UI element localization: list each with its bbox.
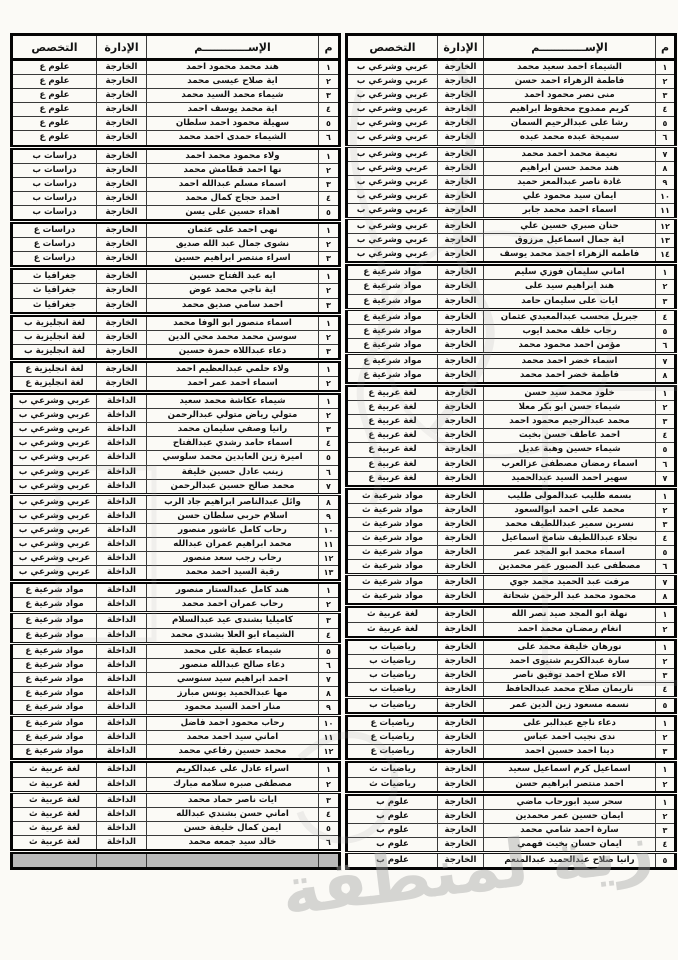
cell-name: خلود محمد سيد حسن (484, 385, 656, 401)
cell-spec: مواد شرعية ع (12, 598, 97, 613)
cell-name: نجلاء عبداللطيف شامخ اسماعيل (484, 532, 656, 546)
cell-name: شيماء محمد السيد محمد (147, 89, 319, 103)
table-row: ٤اماني حسن بشندي عبداللهالداخلةلغة عربية… (12, 807, 340, 821)
table-row: ٩منار احمد السيد محمودالداخلةمواد شرعية … (12, 701, 340, 716)
cell-spec: عربي وشرعي ب (12, 423, 97, 437)
cell-admin: الداخلة (97, 494, 147, 509)
cell-name: مصطفى صبره سلامه مبارك (147, 777, 319, 792)
cell-admin: الخارجة (438, 117, 484, 131)
cell-num: ٨ (656, 368, 676, 384)
cell-admin: الخارجة (438, 745, 484, 761)
cell-spec: لغة انجليزية ع (12, 360, 97, 376)
cell-admin: الداخلة (97, 552, 147, 566)
cell-spec: لغة عربية ث (12, 777, 97, 792)
cell-admin: الخارجة (97, 103, 147, 117)
cell-name: منار احمد السيد محمود (147, 701, 319, 716)
cell-num: ١٠ (656, 189, 676, 203)
table-row: ٣كاميليا بشندى عيد عبدالسلامالداخلةمواد … (12, 613, 340, 628)
cell-admin: الخارجة (438, 823, 484, 837)
cell-name: شيماء حسن ابو بكر معلا (484, 401, 656, 415)
cell-admin: الخارجة (438, 324, 484, 338)
table-row: ١نهلة ابو المجد صيد نصر اللهالخارجةلغة ع… (347, 606, 676, 622)
cell-num: ٢ (656, 731, 676, 745)
cell-num: ٣ (319, 613, 340, 628)
table-row: ١٤فاطمه الزهراء احمد محمد يوسفالخارجةعرب… (347, 248, 676, 264)
cell-name: ولاء محمود محمد احمد (147, 147, 319, 163)
cell-num: ٣ (656, 89, 676, 103)
cell-name: اماني حسن بشندي عبدالله (147, 807, 319, 821)
cell-spec: لغة عربية ث (12, 792, 97, 807)
cell-admin: الخارجة (438, 161, 484, 175)
cell-num: ٣ (656, 294, 676, 309)
cell-admin: الداخلة (97, 598, 147, 613)
cell-spec: علوم ع (12, 89, 97, 103)
table-row: ١٢رحاب رجب سعد منصورالداخلةعربي وشرعي ب (12, 552, 340, 566)
cell-spec: علوم ع (12, 131, 97, 147)
cell-num: ١ (656, 385, 676, 401)
cell-admin: الخارجة (438, 385, 484, 401)
table-row: ٤الشيماء ابو العلا بشندى محمدالداخلةمواد… (12, 628, 340, 643)
cell-spec: لغة عربية ع (347, 457, 438, 471)
cell-spec: لغة عربية ث (347, 622, 438, 638)
cell-spec: مواد شرعية ع (347, 280, 438, 294)
table-row: ٢اية ناجي محمد عوضالخارجةجغرافيا ث (12, 284, 340, 298)
cell-name: خالد سيد جمعه محمد (147, 835, 319, 851)
cell-admin: الخارجة (438, 146, 484, 161)
cell-name: سميحة عبده محمد عبده (484, 131, 656, 146)
table-row: ٦سميحة عبده محمد عبدهالخارجةعربي وشرعي ب (347, 131, 676, 146)
roster-header-left: م الإســــــــــــم الإدارة التخصص (12, 35, 340, 60)
cell-admin: الخارجة (438, 280, 484, 294)
table-row: ٤جبريل محسب عبدالمعبدي عثمانالخارجةمواد … (347, 309, 676, 324)
cell-name: دعاء ناجع عبدالبر على (484, 715, 656, 731)
table-row: ٣دينا احمد حسين احمدالخارجةرياضيات ع (347, 745, 676, 761)
cell-admin: الداخلة (97, 628, 147, 643)
cell-admin: الخارجة (97, 238, 147, 252)
table-row: ٢رحاب عمران احمد محمدالداخلةمواد شرعية ع (12, 598, 340, 613)
cell-name: بسمه طليب عبدالمولى طليب (484, 487, 656, 503)
cell-admin: الداخلة (97, 761, 147, 777)
cell-spec: علوم ب (347, 852, 438, 868)
cell-admin: الداخلة (97, 792, 147, 807)
cell-spec: علوم ب (347, 793, 438, 809)
cell-name: اسماء منصور ابو الوفا محمد (147, 314, 319, 330)
cell-spec: مواد شرعية ع (12, 582, 97, 598)
cell-admin: الخارجة (97, 330, 147, 344)
cell-name: مرفت عبد الحميد محمد جوي (484, 575, 656, 590)
cell-admin: الخارجة (438, 471, 484, 487)
cell-admin: الخارجة (438, 606, 484, 622)
table-row: ١دعاء ناجع عبدالبر علىالخارجةرياضيات ع (347, 715, 676, 731)
cell-num: ٤ (656, 532, 676, 546)
cell-name: احمد سامي صديق محمد (147, 298, 319, 314)
cell-name: ايمان سيد محمود علي (484, 189, 656, 203)
table-row: ١نورهان خليفة محمد علىالخارجةرياضيات ب (347, 638, 676, 654)
cell-name: شيماء عطية على محمد (147, 643, 319, 658)
cell-spec: علوم ع (12, 75, 97, 89)
table-row: ٦الشيماء حمدى احمد محمدالخارجةعلوم ع (12, 131, 340, 147)
cell-num: ٤ (656, 837, 676, 852)
cell-name: محمد ابراهيم عمران عبدالله (147, 538, 319, 552)
cell-num: ١ (319, 582, 340, 598)
cell-spec: مواد شرعية ث (347, 487, 438, 503)
cell-spec: لغة عربية ع (347, 415, 438, 429)
cell-num: ٣ (319, 89, 340, 103)
cell-spec: مواد شرعية ع (12, 658, 97, 672)
cell-admin: الداخلة (97, 672, 147, 686)
cell-spec: لغة عربية ث (12, 761, 97, 777)
table-row: ٧سهير احمد السيد عبدالحميدالخارجةلغة عرب… (347, 471, 676, 487)
cell-name: نشوى جمال عبد الله صديق (147, 238, 319, 252)
cell-spec: مواد شرعية ث (347, 532, 438, 546)
cell-admin: الخارجة (438, 532, 484, 546)
cell-num: ١ (319, 60, 340, 75)
table-row: ٥رانيا صلاح عبدالحميد عبدالمنعمالخارجةعل… (347, 852, 676, 868)
cell-admin: الداخلة (97, 437, 147, 451)
cell-num: ٤ (319, 807, 340, 821)
cell-admin: الداخلة (97, 393, 147, 409)
cell-spec: مواد شرعية ث (347, 517, 438, 531)
table-row: ١٠ايمان سيد محمود عليالخارجةعربي وشرعي ب (347, 189, 676, 203)
cell-name: اية محمد يوسف احمد (147, 103, 319, 117)
cell-name: نورهان خليفة محمد على (484, 638, 656, 654)
cell-admin: الخارجة (438, 668, 484, 682)
cell-num: ٣ (319, 177, 340, 191)
cell-spec: مواد شرعية ث (347, 590, 438, 606)
cell-name: رانيا وصفي سليمان محمد (147, 423, 319, 437)
cell-name: سهير احمد السيد عبدالحميد (484, 471, 656, 487)
cell-spec: عربي وشرعي ب (12, 479, 97, 494)
cell-spec: مواد شرعية ع (347, 324, 438, 338)
cell-spec: لغة عربية ث (12, 807, 97, 821)
cell-name: ايمان حسان بخيت فهمي (484, 837, 656, 852)
cell-name: رحاب محمود احمد فاضل (147, 716, 319, 731)
cell-spec: جغرافيا ث (12, 268, 97, 284)
cell-num: ٧ (319, 672, 340, 686)
cell-spec: لغة عربية ع (347, 471, 438, 487)
cell-num: ٥ (319, 205, 340, 221)
cell-num: ١ (319, 360, 340, 376)
cell-num: ٥ (656, 117, 676, 131)
cell-name: الشيماء احمد سعيد محمد (484, 60, 656, 75)
cell-name: اهداء حسين على يسن (147, 205, 319, 221)
cell-spec: عربي وشرعي ب (347, 219, 438, 234)
cell-name: الشيماء حمدى احمد محمد (147, 131, 319, 147)
table-row: ٧محمد صالح حسين عبدالرحمنالداخلةعربي وشر… (12, 479, 340, 494)
table-row: ٧اسماء خضر احمد محمدالخارجةمواد شرعية ع (347, 353, 676, 368)
cell-num: ١ (319, 147, 340, 163)
cell-num: ٥ (656, 852, 676, 868)
cell-name: اسماعيل كرم اسماعيل سعيد (484, 761, 656, 777)
cell-name: شيماء حسين وهبة عديل (484, 443, 656, 457)
header-name: الإســــــــــــم (484, 35, 656, 60)
table-row: ٢احمد منتصر ابراهيم حسنالخارجةرياضيات ث (347, 777, 676, 793)
table-row: ٣دعاء عبداللاه حمزة حسينالخارجةلغة انجلي… (12, 344, 340, 360)
header-row: م الإســــــــــــم الإدارة التخصص (347, 35, 676, 60)
cell-spec: مواد شرعية ث (347, 503, 438, 517)
cell-num: ١ (656, 715, 676, 731)
cell-admin: الخارجة (438, 590, 484, 606)
cell-spec: مواد شرعية ع (347, 368, 438, 384)
cell-name: اسماء مسلم عبدالله احمد (147, 177, 319, 191)
cell-name: نسرين سمير عبداللطيف محمد (484, 517, 656, 531)
cell-admin: الخارجة (438, 546, 484, 560)
cell-num: ٢ (656, 777, 676, 793)
cell-admin: الخارجة (438, 622, 484, 638)
cell-spec: مواد شرعية ع (12, 716, 97, 731)
cell-spec: مواد شرعية ع (347, 264, 438, 280)
cell-name: اسماء خضر احمد محمد (484, 353, 656, 368)
cell-num: ١٢ (656, 219, 676, 234)
cell-spec: رياضيات ب (347, 698, 438, 715)
table-row: ٥سهيلة محمود احمد سلطانالخارجةعلوم ع (12, 117, 340, 131)
cell-spec: جغرافيا ث (12, 284, 97, 298)
table-row: ٢شيماء حسن ابو بكر معلاالخارجةلغة عربية … (347, 401, 676, 415)
cell-admin: الداخلة (97, 451, 147, 465)
table-row: ٤اسماء حامد رشدي عبدالفتاحالداخلةعربي وش… (12, 437, 340, 451)
cell-spec: علوم ب (347, 809, 438, 823)
cell-spec: لغة عربية ع (347, 385, 438, 401)
table-row: ٦مؤمن احمد محمود محمدالخارجةمواد شرعية ع (347, 338, 676, 353)
cell-name: انغام رمضـان محمد احمد (484, 622, 656, 638)
cell-num: ٣ (319, 344, 340, 360)
table-row: ١٢حنان صبري حسين عليالخارجةعربي وشرعي ب (347, 219, 676, 234)
cell-spec: عربي وشرعي ب (347, 248, 438, 264)
cell-num: ٢ (319, 409, 340, 423)
cell-spec: رياضيات ع (347, 731, 438, 745)
table-row: ٤ايمان حسان بخيت فهميالخارجةعلوم ب (347, 837, 676, 852)
cell-name: رحاب كامل عاشور منصور (147, 523, 319, 537)
cell-num: ٢ (656, 75, 676, 89)
cell-admin: الداخلة (97, 566, 147, 582)
cell-name: رحاب خلف محمد ايوب (484, 324, 656, 338)
cell-admin: الخارجة (438, 654, 484, 668)
cell-admin: الخارجة (438, 338, 484, 353)
cell-num: ٤ (656, 103, 676, 117)
table-row: ١اسراء عادل على عبدالكريمالداخلةلغة عربي… (12, 761, 340, 777)
cell-name: شيماء عكاشة محمد سعيد (147, 393, 319, 409)
cell-name: محمد على احمد ابوالسعود (484, 503, 656, 517)
cell-name: ايات على سليمان حامد (484, 294, 656, 309)
table-row: ٢محمد على احمد ابوالسعودالخارجةمواد شرعي… (347, 503, 676, 517)
cell-name: زينب عادل حسين خليفة (147, 465, 319, 479)
cell-admin: الخارجة (438, 837, 484, 852)
cell-admin: الداخلة (97, 538, 147, 552)
cell-name: نها احمد قطامش محمد (147, 163, 319, 177)
cell-admin: الداخلة (97, 613, 147, 628)
cell-spec: رياضيات ث (347, 761, 438, 777)
cell-num: ٥ (656, 546, 676, 560)
cell-num: ٢ (319, 238, 340, 252)
table-row: ٣سارة احمد شامي محمدالخارجةعلوم ب (347, 823, 676, 837)
cell-name: اسماء حامد رشدي عبدالفتاح (147, 437, 319, 451)
cell-num: ٨ (319, 686, 340, 700)
table-row: ١٢محمد حسين رفاعي محمدالداخلةمواد شرعية … (12, 745, 340, 761)
table-row: ١نهى احمد على عثمانالخارجةدراسات ع (12, 222, 340, 238)
table-row: ٦اسماء رمضان مصطفى عزالعربالخارجةلغة عرب… (347, 457, 676, 471)
cell-name: ندى نجيب احمد عباس (484, 731, 656, 745)
cell-name: هند ابراهيم سيد على (484, 280, 656, 294)
cell-spec: عربي وشرعي ب (12, 393, 97, 409)
cell-admin: الخارجة (438, 715, 484, 731)
cell-num: ١ (656, 264, 676, 280)
header-num: م (319, 35, 340, 60)
cell-name: دينا احمد حسين احمد (484, 745, 656, 761)
cell-spec: عربي وشرعي ب (12, 465, 97, 479)
cell-num: ١١ (656, 203, 676, 218)
cell-spec: عربي وشرعي ب (12, 437, 97, 451)
cell-num: ١ (319, 314, 340, 330)
cell-spec: عربي وشرعي ب (347, 175, 438, 189)
cell-num: ١ (656, 606, 676, 622)
cell-spec: عربي وشرعي ب (347, 75, 438, 89)
cell-name: مها عبدالحميد يونس مبارز (147, 686, 319, 700)
cell-num: ٤ (319, 628, 340, 643)
cell-admin: الخارجة (438, 429, 484, 443)
cell-name: اية صلاح عيسى محمد (147, 75, 319, 89)
cell-admin: الخارجة (438, 75, 484, 89)
table-row: ٣احمد سامي صديق محمدالخارجةجغرافيا ث (12, 298, 340, 314)
cell-spec: دراسات ب (12, 191, 97, 205)
cell-name: احمد ابراهيم سيد سنوسي (147, 672, 319, 686)
table-row: ٨مها عبدالحميد يونس مبارزالداخلةمواد شرع… (12, 686, 340, 700)
table-row: ٥شيماء حسين وهبة عديلالخارجةلغة عربية ع (347, 443, 676, 457)
cell-name: سارة احمد شامي محمد (484, 823, 656, 837)
cell-num: ٥ (656, 698, 676, 715)
cell-spec: رياضيات ث (347, 777, 438, 793)
cell-admin: الخارجة (438, 698, 484, 715)
cell-num: ٥ (319, 451, 340, 465)
cell-spec: مواد شرعية ع (12, 686, 97, 700)
cell-num: ٧ (319, 479, 340, 494)
cell-admin: الداخلة (97, 701, 147, 716)
cell-num: ٧ (656, 575, 676, 590)
cell-num: ٢ (319, 777, 340, 792)
cell-name: اميرة زين العابدين محمد سلوسي (147, 451, 319, 465)
cell-num: ٢ (319, 330, 340, 344)
table-row: ٢مصطفى صبره سلامه مباركالداخلةلغة عربية … (12, 777, 340, 792)
cell-name: رقية السيد احمد محمد (147, 566, 319, 582)
table-row: ٣اسماء مسلم عبدالله احمدالخارجةدراسات ب (12, 177, 340, 191)
table-row: ١ايه عبد الفتاح حسينالخارجةجغرافيا ث (12, 268, 340, 284)
table-row: ٣نسرين سمير عبداللطيف محمدالخارجةمواد شر… (347, 517, 676, 531)
cell-spec: رياضيات ع (347, 745, 438, 761)
cell-spec: رياضيات ب (347, 638, 438, 654)
cell-spec: دراسات ب (12, 163, 97, 177)
cell-spec: علوم ب (347, 837, 438, 852)
cell-num: ٥ (319, 643, 340, 658)
cell-num: ٤ (319, 103, 340, 117)
cell-admin: الخارجة (438, 503, 484, 517)
table-row: ٢سوسن محمد محمد محي الدينالخارجةلغة انجل… (12, 330, 340, 344)
cell-admin: الخارجة (438, 234, 484, 248)
cell-admin: الخارجة (97, 191, 147, 205)
cell-name (147, 851, 319, 868)
cell-name: ايمان حسين عمر محمدين (484, 809, 656, 823)
cell-admin: الداخلة (97, 423, 147, 437)
cell-spec: عربي وشرعي ب (12, 451, 97, 465)
cell-num: ١٠ (319, 716, 340, 731)
table-row: ٥نسمه مسعود زين الدين عمرالخارجةرياضيات … (347, 698, 676, 715)
cell-num: ١٢ (319, 552, 340, 566)
cell-admin: الخارجة (438, 203, 484, 218)
cell-num: ١٤ (656, 248, 676, 264)
cell-spec: دراسات ع (12, 238, 97, 252)
cell-num: ١ (656, 793, 676, 809)
table-row: ٩اسلام حربي سلطان حسنالداخلةعربي وشرعي ب (12, 509, 340, 523)
table-row: ٦زينب عادل حسين خليفةالداخلةعربي وشرعي ب (12, 465, 340, 479)
cell-admin: الخارجة (97, 298, 147, 314)
cell-spec: لغة عربية ع (347, 443, 438, 457)
cell-spec: عربي وشرعي ب (12, 552, 97, 566)
cell-admin: الداخلة (97, 835, 147, 851)
cell-spec: دراسات ب (12, 177, 97, 191)
cell-admin: الخارجة (438, 487, 484, 503)
table-row: ١ولاء حلمي عبدالعظيم احمدالخارجةلغة انجل… (12, 360, 340, 376)
table-row: ٨محمود محمد عبد الرحمن شحاتةالخارجةمواد … (347, 590, 676, 606)
cell-name: الشيماء ابو العلا بشندى محمد (147, 628, 319, 643)
table-row: ٣اسراء منتصر ابراهيم حسينالخارجةدراسات ع (12, 252, 340, 268)
cell-spec: لغة عربية ث (12, 835, 97, 851)
cell-admin (97, 851, 147, 868)
cell-num: ٤ (319, 191, 340, 205)
cell-spec: عربي وشرعي ب (347, 103, 438, 117)
cell-num: ٣ (319, 792, 340, 807)
cell-name: سوسن محمد محمد محي الدين (147, 330, 319, 344)
table-row: ٥رشا على عبدالرحيم السمانالخارجةعربي وشر… (347, 117, 676, 131)
cell-num: ١ (319, 268, 340, 284)
blank-row (12, 851, 340, 868)
cell-num: ٨ (656, 161, 676, 175)
cell-spec: دراسات ب (12, 147, 97, 163)
cell-admin: الداخلة (97, 465, 147, 479)
scanned-page: زية لمنطقة م الإســــــــــــم الإدارة ا… (0, 0, 678, 960)
table-row: ٨هند محمد حسن ابراهيمالخارجةعربي وشرعي ب (347, 161, 676, 175)
cell-name: محمد حسين رفاعي محمد (147, 745, 319, 761)
cell-name: احمد عاطف حسن بخيت (484, 429, 656, 443)
cell-num: ٢ (319, 284, 340, 298)
cell-num: ٥ (319, 117, 340, 131)
cell-spec: مواد شرعية ث (347, 546, 438, 560)
cell-num: ٢ (319, 376, 340, 392)
roster-body-left: ١هند محمد محمود احمدالخارجةعلوم ع٢اية صل… (12, 60, 340, 869)
cell-spec: رياضيات ع (347, 715, 438, 731)
cell-spec: عربي وشرعي ب (12, 509, 97, 523)
cell-spec: مواد شرعية ع (12, 643, 97, 658)
cell-name: غادة ناصر عبدالمعز حميد (484, 175, 656, 189)
cell-name: كاميليا بشندى عيد عبدالسلام (147, 613, 319, 628)
cell-admin: الداخلة (97, 777, 147, 792)
table-row: ٤كريم ممدوح محفوظ ابراهيمالخارجةعربي وشر… (347, 103, 676, 117)
cell-spec: عربي وشرعي ب (347, 117, 438, 131)
cell-name: اماني سيد احمد محمد (147, 731, 319, 745)
cell-num: ٧ (656, 353, 676, 368)
table-row: ٤ناريمان صلاح محمد عبدالحافظالخارجةرياضي… (347, 682, 676, 697)
cell-num: ١ (656, 761, 676, 777)
table-row: ٣ايات ناصر حماد محمدالداخلةلغة عربية ث (12, 792, 340, 807)
cell-admin: الخارجة (438, 368, 484, 384)
header-admin: الإدارة (97, 35, 147, 60)
table-row: ١سحر سيد ابورحاب ماضيالخارجةعلوم ب (347, 793, 676, 809)
cell-admin: الخارجة (97, 205, 147, 221)
roster-body-right: ١الشيماء احمد سعيد محمدالخارجةعربي وشرعي… (347, 60, 676, 869)
cell-admin: الخارجة (438, 793, 484, 809)
header-spec: التخصص (12, 35, 97, 60)
cell-admin: الداخلة (97, 658, 147, 672)
table-row: ٢هند ابراهيم سيد علىالخارجةمواد شرعية ع (347, 280, 676, 294)
cell-num: ١ (656, 60, 676, 75)
cell-spec: مواد شرعية ع (12, 701, 97, 716)
